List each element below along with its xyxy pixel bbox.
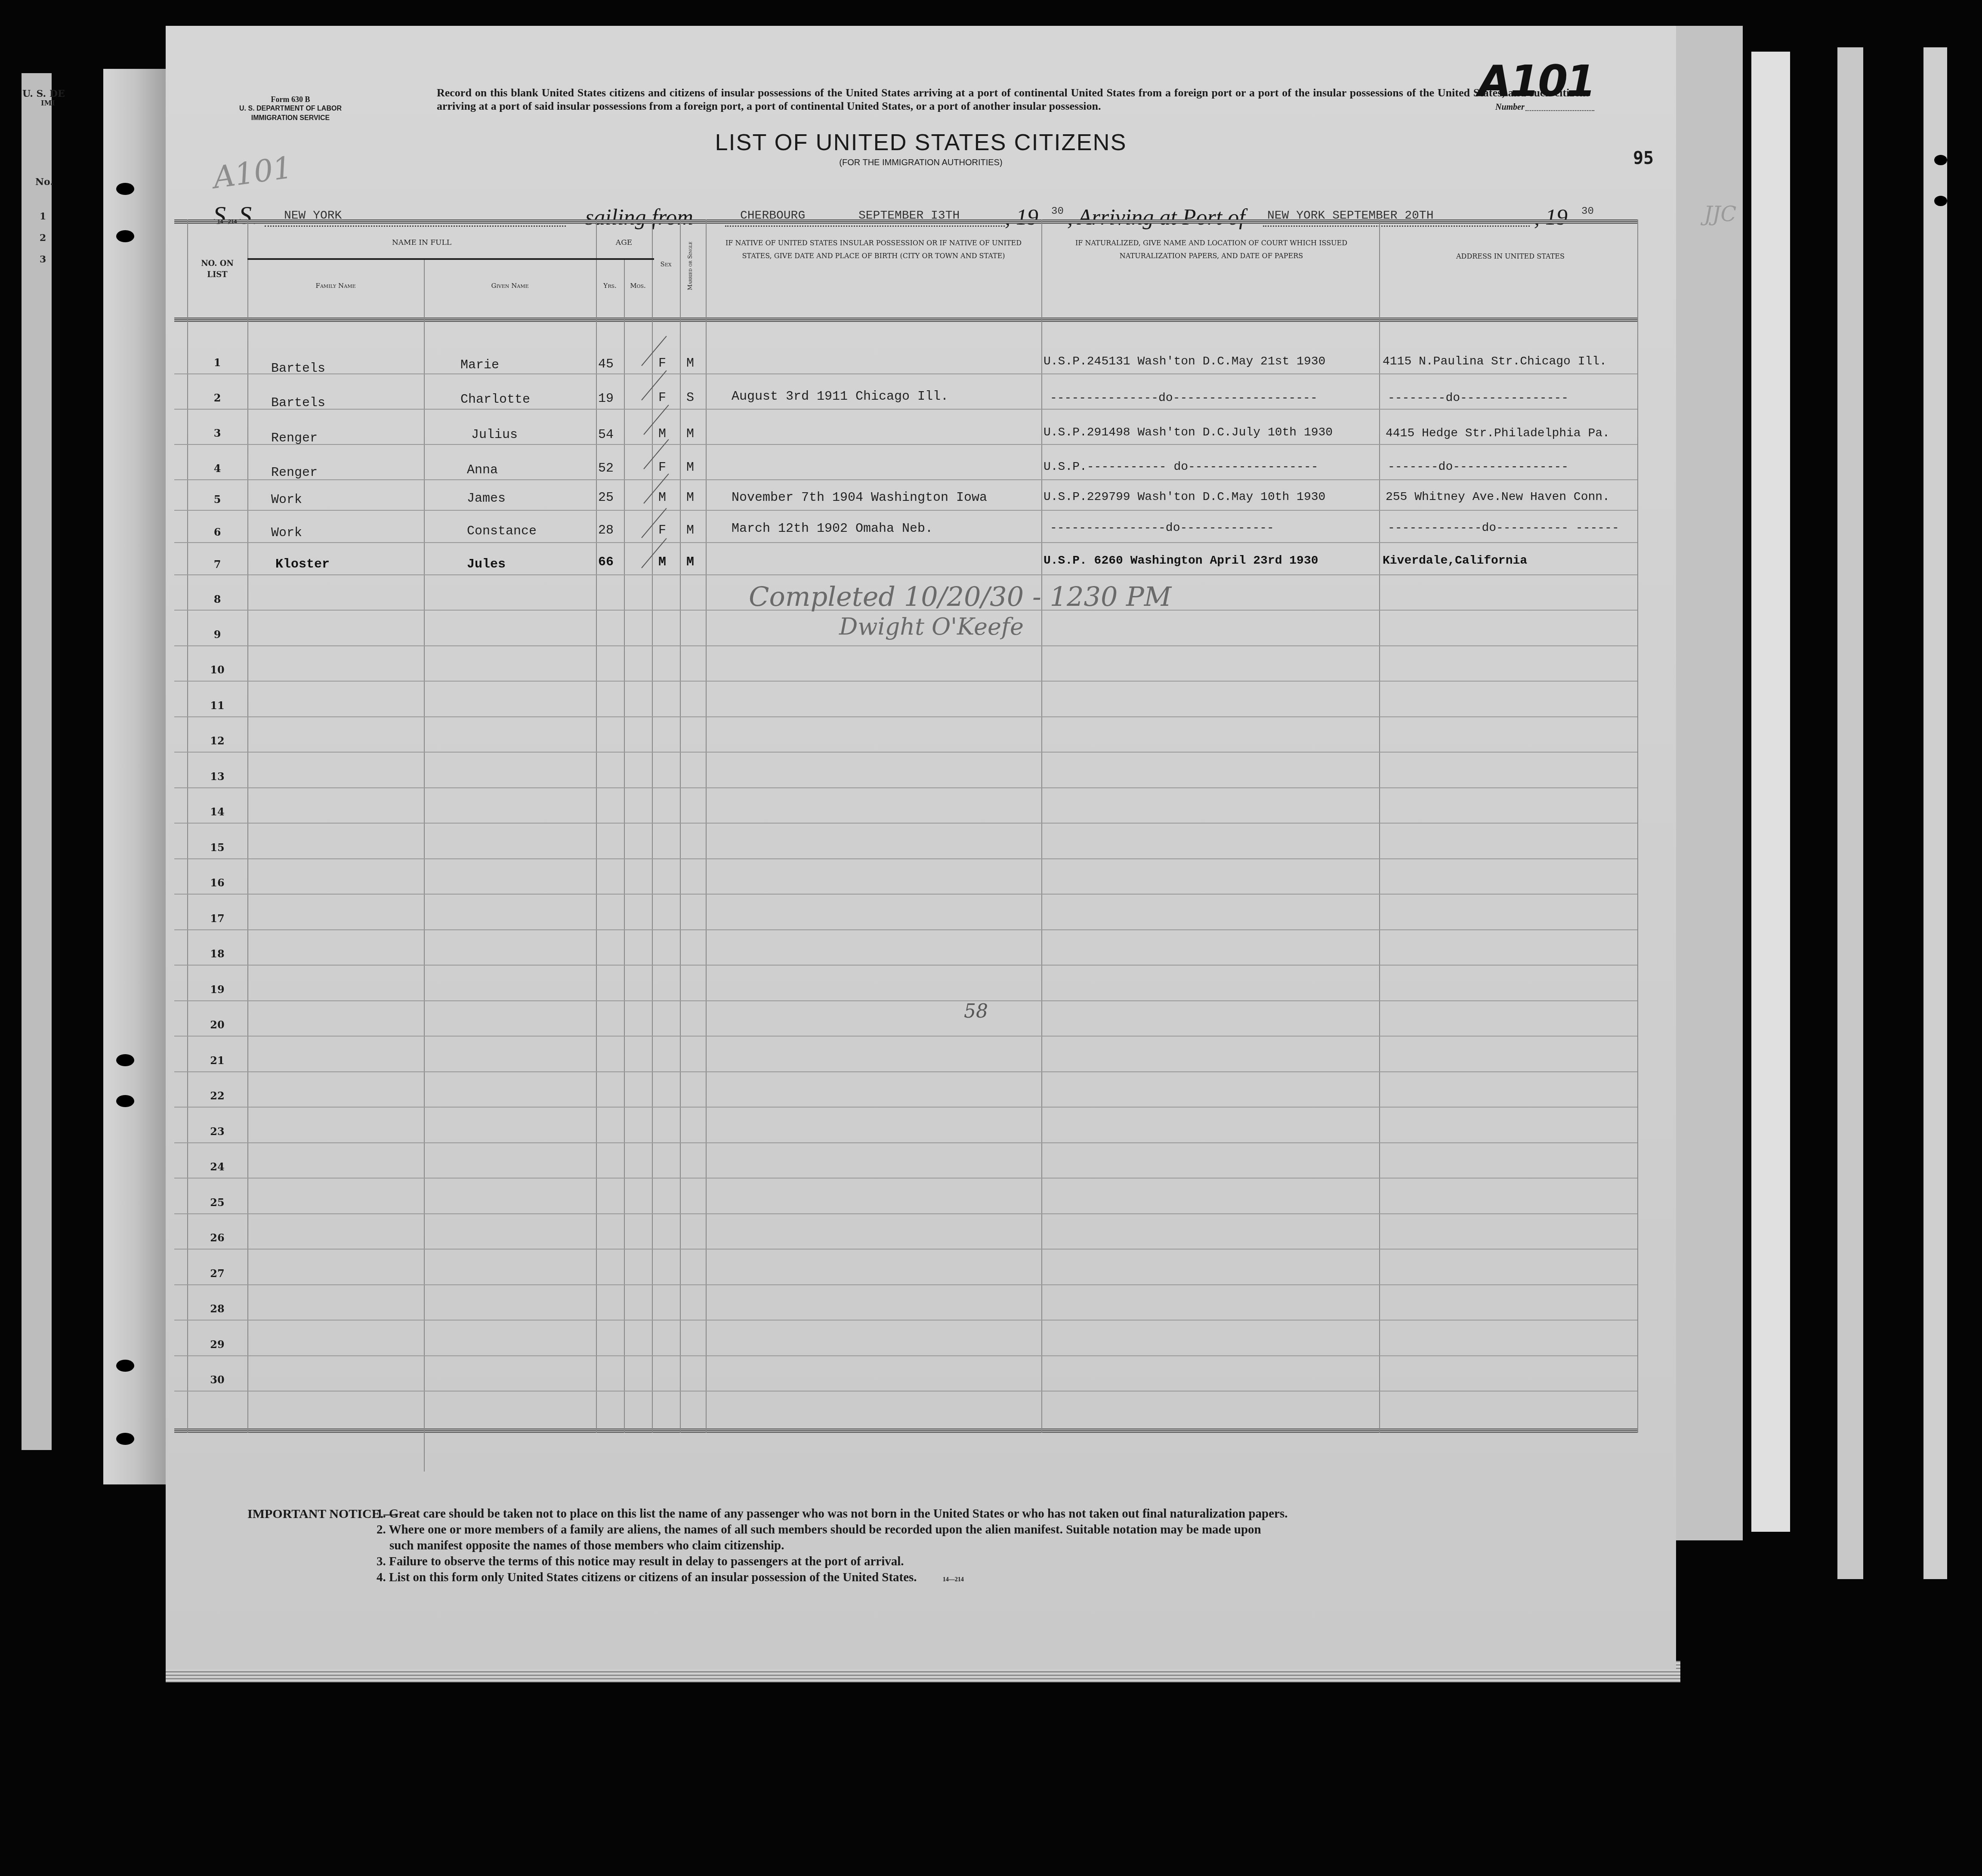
header-age: AGE [596,237,652,249]
row-number: 4 [191,462,243,475]
row-rule [174,409,1637,410]
binder-hole [116,183,134,195]
naturalization: U.S.P.245131 Wash'ton D.C.May 21st 1930 [1043,355,1325,368]
column-divider [680,219,681,1433]
column-divider [624,258,625,1433]
row-rule [174,1249,1637,1250]
row-number: 22 [191,1089,243,1102]
row-number: 29 [191,1338,243,1351]
row-number: 19 [191,983,243,996]
notice-item-continuation: such manifest opposite the names of thos… [377,1538,1667,1554]
header-address: ADDRESS IN UNITED STATES [1383,250,1637,262]
header-mos: Mos. [624,280,652,292]
family-name: Bartels [271,396,325,410]
adjacent-page-strip [1923,47,1947,1579]
row-rule [174,752,1637,753]
row-rule [174,373,1637,374]
column-divider [652,219,653,1433]
row-rule [174,929,1637,930]
column-divider [424,258,425,1472]
row-rule [174,1355,1637,1356]
row-number: 27 [191,1267,243,1280]
address: -------do---------------- [1388,460,1568,474]
given-name: Jules [467,557,506,572]
age: 66 [598,555,614,570]
form-code: 14—214 [943,1577,964,1583]
adjacent-page-strip [1674,26,1743,1540]
sex: F [658,391,666,405]
address: 4415 Hedge Str.Philadelphia Pa. [1386,427,1610,440]
name-header-rule [247,258,654,260]
age: 54 [598,428,614,442]
sex: M [658,555,666,570]
notice-label: IMPORTANT NOTICE.— [247,1506,396,1522]
row-number: 26 [191,1231,243,1244]
binder-hole [116,1095,134,1107]
row-number: 15 [191,841,243,854]
row-rule [174,1036,1637,1037]
age: 25 [598,491,614,505]
naturalization: ---------------do-------------------- [1050,392,1318,405]
notice-item: 1. Great care should be taken not to pla… [377,1506,1667,1522]
sex: M [658,427,666,441]
row-number: 1 [191,356,243,369]
row-number: 24 [191,1160,243,1173]
row-rule [174,479,1637,480]
row-number: 5 [191,493,243,506]
sex: F [658,460,666,475]
row-rule [174,1107,1637,1108]
row-rule [174,1071,1637,1072]
instructions-text: Record on this blank United States citiz… [437,86,1590,113]
binder-hole [116,1054,134,1066]
header-name-in-full: NAME IN FULL [247,237,596,249]
row-rule [174,574,1637,575]
service: IMMIGRATION SERVICE [209,114,372,123]
number-label: Number [1495,102,1525,112]
given-name: Charlotte [460,392,530,407]
address: --------do--------------- [1388,392,1568,405]
row-number: 23 [191,1125,243,1138]
signature: Dwight O'Keefe [839,613,1024,640]
row-number: 30 [191,1373,243,1386]
birth-date-place: August 3rd 1911 Chicago Ill. [732,389,948,404]
birth-date-place: November 7th 1904 Washington Iowa [732,491,987,505]
marital-status: M [686,491,694,505]
passenger-table: 14—214 No. on List NAME IN FULL Family N… [174,219,1637,1467]
header-native-birth: IF NATIVE OF UNITED STATES INSULAR POSSE… [710,237,1037,262]
naturalization: ----------------do------------- [1050,521,1274,535]
given-name: Constance [467,524,537,539]
given-name: Anna [467,463,498,478]
row-number: 18 [191,947,243,960]
left-page-fragment: U. S. DE [22,88,65,99]
row-rule [174,965,1637,966]
binder-hole [116,1360,134,1372]
address: Kiverdale,California [1383,554,1527,568]
sex: F [658,356,666,371]
left-page-fragment: 2 [40,232,46,244]
row-number: 28 [191,1302,243,1315]
column-divider [706,219,707,1433]
column-divider [1637,219,1638,1433]
row-number: 10 [191,663,243,676]
row-rule [174,894,1637,895]
row-rule [174,510,1637,511]
marital-status: M [686,523,694,538]
row-rule [174,444,1637,445]
adjacent-page-strip [1751,52,1790,1532]
marital-status: M [686,427,694,441]
arrival-year: 30 [1581,206,1594,217]
row-rule [174,681,1637,682]
row-number: 8 [191,593,243,605]
notice-items: 1. Great care should be taken not to pla… [377,1506,1667,1588]
header-bottom-border [174,318,1637,322]
form-identifier: Form 630 B U. S. DEPARTMENT OF LABOR IMM… [209,95,372,123]
binder-hole [1934,155,1947,165]
adjacent-page-strip [1837,47,1863,1579]
birth-date-place: March 12th 1902 Omaha Neb. [732,521,933,536]
row-number: 12 [191,734,243,747]
marital-status: M [686,356,694,371]
binder-hole [1934,196,1947,206]
given-name: Marie [460,358,499,373]
pencil-mark: A101 [211,150,294,196]
page-title: LIST OF UNITED STATES CITIZENS [166,129,1676,156]
form-number: Form 630 B [209,95,372,104]
marital-status: S [686,391,694,405]
row-rule [174,542,1637,543]
adjacent-page-strip [103,69,168,1484]
manifest-page: Form 630 B U. S. DEPARTMENT OF LABOR IMM… [166,26,1676,1669]
address: -------------do---------- ------ [1388,521,1619,535]
row-rule [174,1000,1637,1001]
row-number: 2 [191,392,243,404]
age: 45 [598,357,614,372]
address: 4115 N.Paulina Str.Chicago Ill. [1383,355,1607,368]
departure-year: 30 [1051,206,1064,217]
row-number: 11 [191,699,243,712]
header-married-single: Married or Single [687,223,694,309]
age: 19 [598,392,614,406]
given-name: James [467,491,506,506]
family-name: Bartels [271,361,325,376]
row-rule [174,858,1637,859]
notice-item: 3. Failure to observe the terms of this … [377,1554,1667,1570]
marital-status: M [686,460,694,475]
header-no-on-list: No. on List [191,258,243,281]
number-line [1525,110,1594,111]
header-given-name: Given Name [424,280,596,292]
table-bottom-border [174,1429,1637,1433]
family-name: Work [271,493,302,507]
row-number: 21 [191,1054,243,1067]
row-number: 9 [191,628,243,641]
row-rule [174,1391,1637,1392]
column-divider [1379,219,1380,1433]
family-name: Renger [271,466,318,480]
row-rule [174,645,1637,646]
page-number: 95 [1633,148,1654,168]
row-number: 13 [191,770,243,783]
row-rule [174,1284,1637,1285]
row-number: 20 [191,1018,243,1031]
binder-hole [116,230,134,242]
page-subtitle: (FOR THE IMMIGRATION AUTHORITIES) [166,158,1676,168]
row-number: 25 [191,1196,243,1209]
header-family-name: Family Name [247,280,424,292]
row-number: 16 [191,876,243,889]
header-yrs: Yrs. [596,280,624,292]
given-name: Julius [471,428,518,442]
printing-code: 14—214 [217,219,237,225]
department: U. S. DEPARTMENT OF LABOR [209,104,372,114]
notice-item: 4. List on this form only United States … [377,1571,917,1584]
manifest-number: A101 [1478,56,1594,106]
header-sex: Sex [652,258,680,270]
margin-number: 58 [964,1000,988,1022]
row-number: 17 [191,912,243,925]
row-rule [174,1213,1637,1214]
column-divider [247,219,248,1433]
row-rule [174,1320,1637,1321]
naturalization: U.S.P.291498 Wash'ton D.C.July 10th 1930 [1043,426,1333,439]
row-number: 3 [191,427,243,439]
notice-item: 2. Where one or more members of a family… [377,1522,1667,1538]
left-page-fragment: No. [35,176,53,188]
right-margin-initials: JJC [1704,202,1736,226]
row-rule [174,1178,1637,1179]
sex: M [658,491,666,505]
left-page-fragment: 3 [40,254,46,265]
adjacent-page-strip [22,73,52,1450]
row-number: 6 [191,526,243,538]
sex: F [658,523,666,538]
row-rule [174,787,1637,788]
row-number: 14 [191,805,243,818]
naturalization: U.S.P.229799 Wash'ton D.C.May 10th 1930 [1043,491,1325,504]
left-page-fragment: 1 [40,211,46,222]
family-name: Kloster [275,557,330,572]
column-divider [187,219,188,1433]
marital-status: M [686,555,694,570]
address: 255 Whitney Ave.New Haven Conn. [1386,491,1610,504]
binder-hole [116,1433,134,1445]
column-divider [1041,219,1042,1433]
column-divider [596,219,597,1433]
naturalization: U.S.P.----------- do------------------ [1043,460,1318,474]
age: 52 [598,461,614,476]
family-name: Renger [271,431,318,446]
table-top-border [174,219,1637,224]
left-page-fragment: IMI [41,99,55,107]
header-naturalization: IF NATURALIZED, GIVE NAME AND LOCATION O… [1052,237,1371,262]
row-rule [174,823,1637,824]
row-number: 7 [191,558,243,571]
row-rule [174,716,1637,717]
row-rule [174,1142,1637,1143]
family-name: Work [271,526,302,540]
age: 28 [598,523,614,538]
naturalization: U.S.P. 6260 Washington April 23rd 1930 [1043,554,1318,568]
completed-note: Completed 10/20/30 - 1230 PM [749,581,1171,612]
